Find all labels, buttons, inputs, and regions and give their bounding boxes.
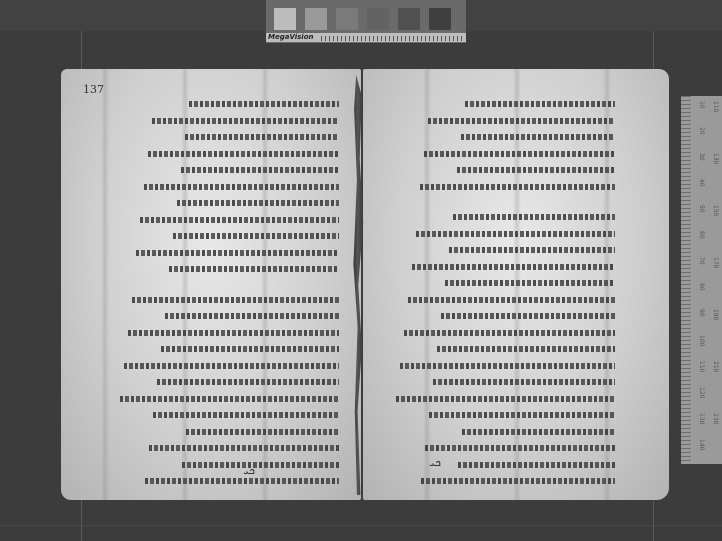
text-line [395,474,615,491]
quire-signature: ܟܝ [243,463,255,478]
text-line [119,163,339,180]
quire-signature: ܟܝ [429,455,441,470]
ruler-number: 80 [698,283,705,291]
text-block-left [119,97,339,491]
text-line [119,196,339,213]
measurement-ruler: 10 20 30 40 50 60 70 80 90 100 110 120 1… [681,96,722,464]
text-line [395,425,615,442]
text-line [395,243,615,260]
text-line [119,408,339,425]
ruler-number: 110 [698,361,705,372]
ruler-number: 20 [698,127,705,135]
text-line [119,229,339,246]
ruler-number: 150 [712,205,719,216]
ruler-number: 40 [698,179,705,187]
text-line [395,392,615,409]
color-patch [398,8,420,30]
color-patch [305,8,327,30]
ruler-number: 60 [698,231,705,239]
text-line [395,441,615,458]
text-line [119,180,339,197]
text-line [119,458,339,475]
text-line [395,309,615,326]
color-patch [429,8,451,30]
text-line [119,375,339,392]
text-line [395,359,615,376]
color-calibration-target: MegaVision [266,0,466,43]
ruler-number: 120 [698,387,705,398]
color-patch [274,8,296,30]
text-line [395,147,615,164]
manuscript-left-page: 137 ܟܝ [61,69,361,500]
text-line [119,246,339,263]
text-line [119,342,339,359]
text-line [119,114,339,131]
color-patch [367,8,389,30]
ruler-number: 70 [698,257,705,265]
text-line [395,227,615,244]
text-line [395,163,615,180]
text-line [395,97,615,114]
ruler-number: 10 [698,101,705,109]
scale-ticks [321,36,464,41]
ruler-ticks [681,96,691,464]
color-patch [336,8,358,30]
ruler-number: 170 [712,257,719,268]
alignment-line [0,525,722,526]
brand-label: MegaVision [268,33,314,42]
text-line [395,180,615,197]
ruler-number: 130 [712,153,719,164]
ruler-number: 30 [698,153,705,161]
ruler-number: 100 [698,335,705,346]
text-line [119,326,339,343]
folio-number: 137 [83,83,104,96]
text-line [395,458,615,475]
text-block-right [395,97,615,491]
text-line [119,213,339,230]
text-line [119,262,339,279]
text-line [119,474,339,491]
ruler-number: 130 [698,413,705,424]
text-line [395,326,615,343]
text-line [119,293,339,310]
ruler-number: 140 [698,439,705,450]
text-line [119,130,339,147]
text-line [395,210,615,227]
text-line [119,147,339,164]
text-line [395,375,615,392]
text-line [119,309,339,326]
text-line [395,260,615,277]
parchment-fold [101,69,109,500]
text-line [395,342,615,359]
ruler-number: 230 [712,413,719,424]
text-line [119,425,339,442]
text-line [395,114,615,131]
ruler-number: 190 [712,309,719,320]
text-line [119,97,339,114]
manuscript-right-page: ܟܝ [363,69,669,500]
text-line [119,359,339,376]
ruler-number: 50 [698,205,705,213]
text-line [395,408,615,425]
text-line [119,392,339,409]
ruler-number: 90 [698,309,705,317]
ruler-number: 110 [712,101,719,112]
text-line [395,130,615,147]
ruler-number: 210 [712,361,719,372]
text-line [395,276,615,293]
text-line [395,293,615,310]
text-line [119,441,339,458]
